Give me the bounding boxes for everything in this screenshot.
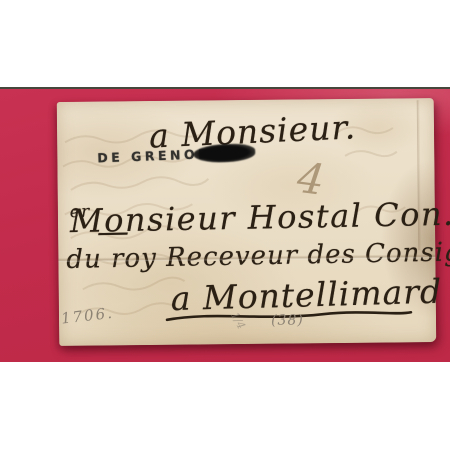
pencil-year-annotation: 1706. <box>60 304 115 328</box>
cover-photo: a Monsieur. DE GRENOBLE 4 Monsieur Hosta… <box>0 0 450 450</box>
letter-paper: a Monsieur. DE GRENOBLE 4 Monsieur Hosta… <box>57 98 437 346</box>
vertical-fold-crease <box>417 100 422 250</box>
address-line-1-text: Monsieur Hostal Con. <box>70 195 450 240</box>
pencil-department-annotation: (38) <box>271 312 304 328</box>
